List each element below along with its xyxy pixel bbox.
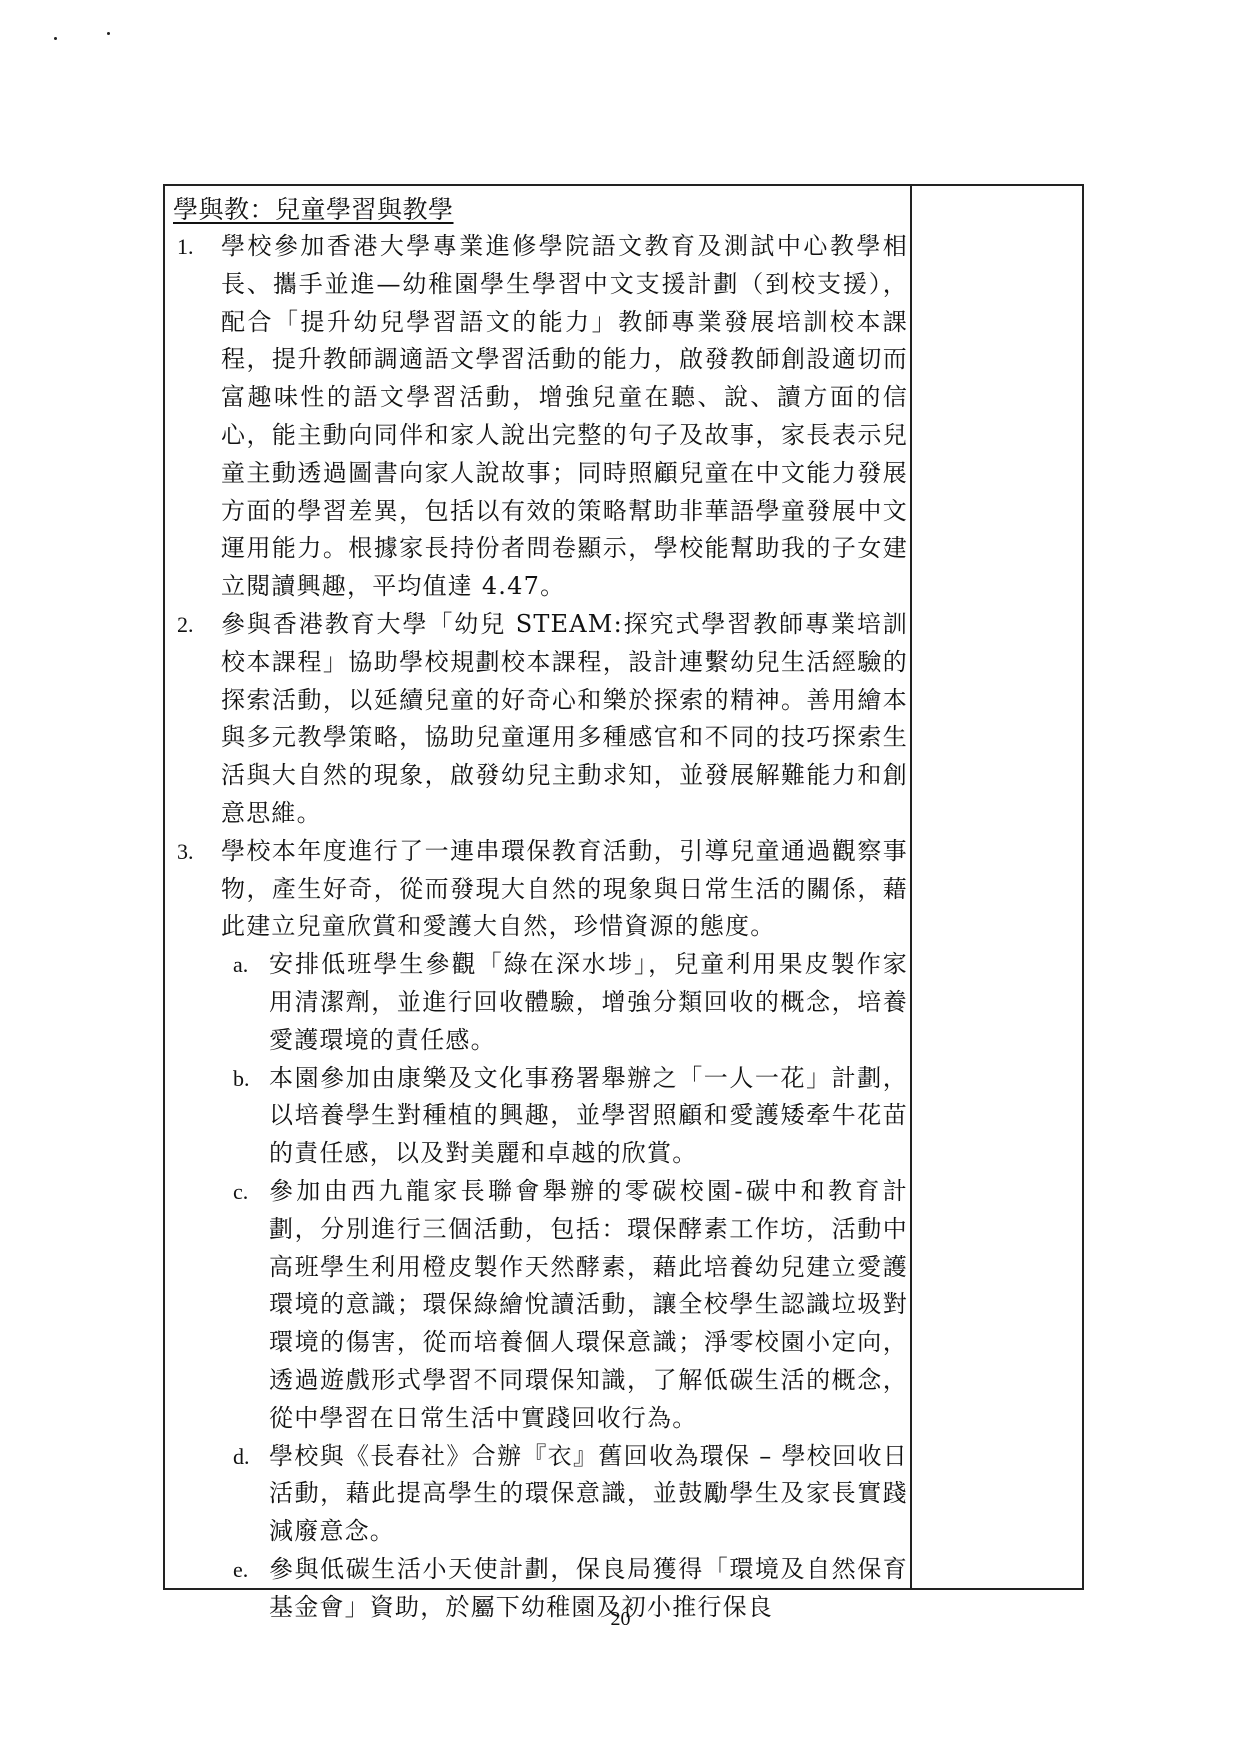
item-number: 3. (177, 833, 194, 871)
sub-item-letter: b. (233, 1060, 250, 1098)
scan-speck (54, 37, 57, 40)
page-number: 20 (0, 1608, 1241, 1631)
list-item-3: 3. 學校本年度進行了一連串環保教育活動，引導兒童通過觀察事物，產生好奇，從而發… (173, 833, 908, 1627)
main-content-cell: 學與教：兒童學習與教學 1. 學校參加香港大學專業進修學院語文教育及測試中心教學… (173, 192, 908, 1626)
list-item-2: 2. 參與香港教育大學「幼兒 STEAM:探究式學習教師專業培訓校本課程」協助學… (173, 606, 908, 833)
sub-item-text: 參加由西九龍家長聯會舉辦的零碳校園-碳中和教育計劃，分別進行三個活動，包括：環保… (269, 1173, 908, 1438)
item-number: 1. (177, 228, 194, 266)
item-text: 參與香港教育大學「幼兒 STEAM:探究式學習教師專業培訓校本課程」協助學校規劃… (221, 606, 908, 833)
sub-item-text: 安排低班學生參觀「綠在深水埗」，兒童利用果皮製作家用清潔劑，並進行回收體驗，增強… (269, 946, 908, 1059)
sub-item-letter: c. (233, 1173, 248, 1211)
item-text: 學校參加香港大學專業進修學院語文教育及測試中心教學相長、攜手並進—幼稚園學生學習… (221, 228, 908, 606)
item-text: 學校本年度進行了一連串環保教育活動，引導兒童通過觀察事物，產生好奇，從而發現大自… (221, 833, 908, 946)
sub-item-d: d. 學校與《長春社》合辦『衣』舊回收為環保 – 學校回收日活動，藉此提高學生的… (221, 1438, 908, 1551)
sub-item-letter: d. (233, 1438, 250, 1476)
sub-item-a: a. 安排低班學生參觀「綠在深水埗」，兒童利用果皮製作家用清潔劑，並進行回收體驗… (221, 946, 908, 1059)
content-table: 學與教：兒童學習與教學 1. 學校參加香港大學專業進修學院語文教育及測試中心教學… (163, 184, 1084, 1590)
column-divider (910, 186, 912, 1588)
list-item-1: 1. 學校參加香港大學專業進修學院語文教育及測試中心教學相長、攜手並進—幼稚園學… (173, 228, 908, 606)
document-page: 學與教：兒童學習與教學 1. 學校參加香港大學專業進修學院語文教育及測試中心教學… (0, 0, 1241, 1755)
section-title: 學與教：兒童學習與教學 (173, 192, 908, 228)
sub-item-c: c. 參加由西九龍家長聯會舉辦的零碳校園-碳中和教育計劃，分別進行三個活動，包括… (221, 1173, 908, 1438)
item-number: 2. (177, 606, 194, 644)
sub-item-text: 本園參加由康樂及文化事務署舉辦之「一人一花」計劃，以培養學生對種植的興趣，並學習… (269, 1060, 908, 1173)
sub-item-text: 學校與《長春社》合辦『衣』舊回收為環保 – 學校回收日活動，藉此提高學生的環保意… (269, 1438, 908, 1551)
sub-item-letter: a. (233, 946, 248, 984)
sub-item-letter: e. (233, 1551, 248, 1589)
scan-speck (107, 32, 110, 35)
side-column-cell (913, 186, 1082, 1588)
sub-item-b: b. 本園參加由康樂及文化事務署舉辦之「一人一花」計劃，以培養學生對種植的興趣，… (221, 1060, 908, 1173)
